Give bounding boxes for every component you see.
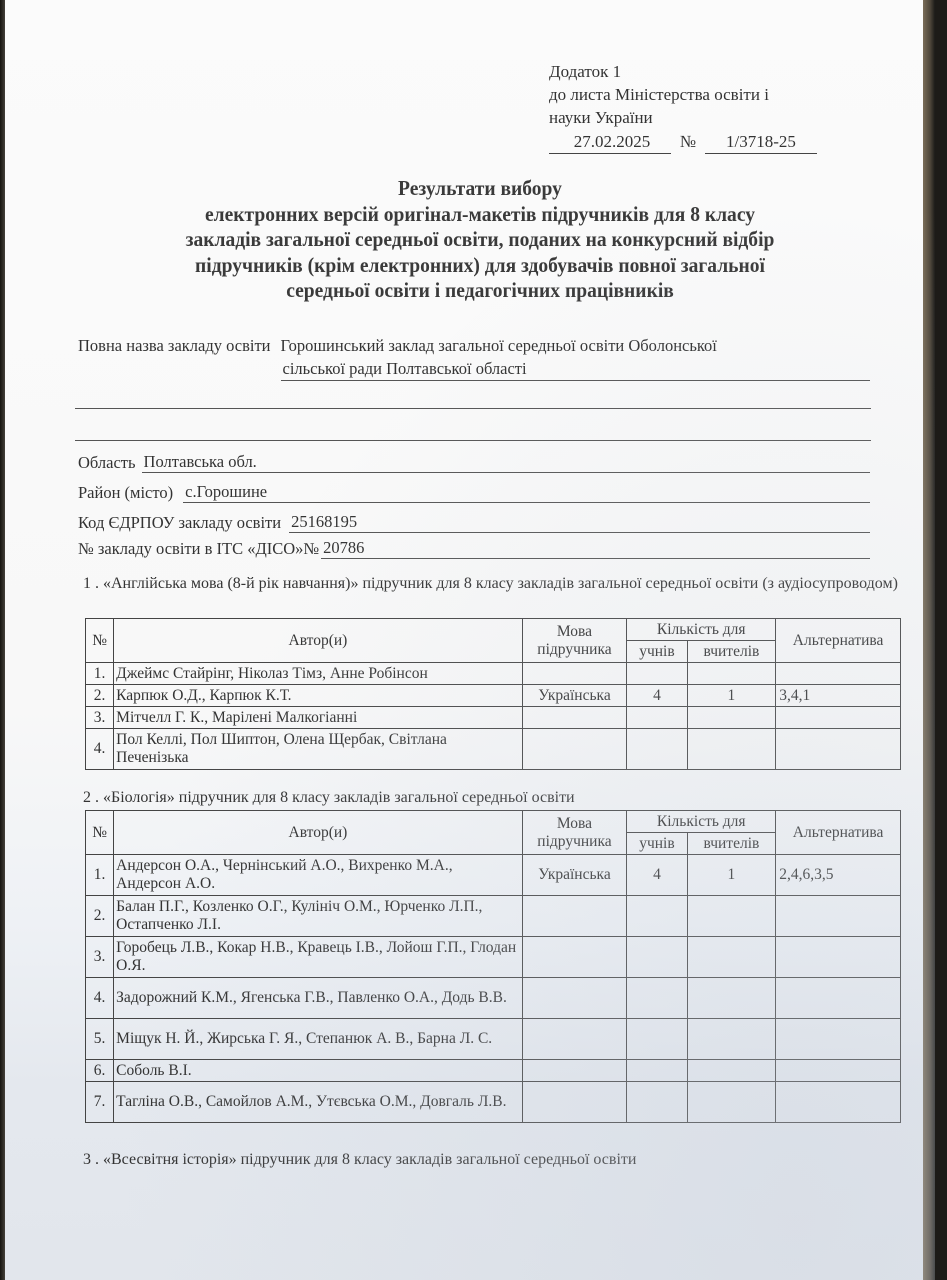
row-alternative (776, 896, 901, 937)
letter-date: 27.02.2025 (549, 130, 671, 154)
row-alternative (776, 1082, 901, 1123)
row-teachers-count: 1 (687, 685, 776, 707)
row-number: 3. (86, 937, 114, 978)
row-language (522, 1060, 627, 1082)
row-authors: Задорожний К.М., Ягенська Г.В., Павленко… (114, 978, 522, 1019)
section-2-table: № Автор(и) Мова підручника Кількість для… (85, 810, 901, 1123)
row-authors: Андерсон О.А., Чернінський А.О., Вихренк… (114, 855, 522, 896)
row-number: 1. (86, 855, 114, 896)
full-name-value-line-2: сільської ради Полтавської області (281, 358, 870, 381)
row-language (522, 937, 627, 978)
row-language: Українська (522, 685, 627, 707)
title-line-1: Результати вибору (94, 176, 866, 202)
field-edrpou: Код ЄДРПОУ закладу освіти 25168195 (78, 512, 870, 533)
row-alternative (776, 978, 901, 1019)
row-students-count (627, 663, 687, 685)
header-authors: Автор(и) (114, 811, 522, 855)
row-authors: Балан П.Г., Козленко О.Г., Кулініч О.М.,… (114, 896, 522, 937)
header-language: Мова підручника (522, 619, 627, 663)
row-number: 2. (86, 896, 114, 937)
row-students-count (627, 937, 687, 978)
row-teachers-count (687, 663, 776, 685)
row-language (522, 729, 627, 770)
field-full-name: Повна назва закладу освіти Горошинський … (78, 334, 870, 381)
row-students-count (627, 1060, 687, 1082)
section-1-table: № Автор(и) Мова підручника Кількість для… (85, 618, 901, 770)
section-1-rows: 1.Джеймс Стайрінг, Ніколаз Тімз, Анне Ро… (86, 663, 901, 770)
row-language (522, 707, 627, 729)
row-teachers-count: 1 (687, 855, 776, 896)
header-quantity-for: Кількість для (627, 811, 776, 833)
row-students-count: 4 (627, 855, 687, 896)
row-alternative (776, 663, 901, 685)
document-page: Додаток 1 до листа Міністерства освіти і… (5, 0, 935, 1280)
row-alternative (776, 1019, 901, 1060)
row-students-count (627, 1019, 687, 1060)
field-itc-number: № закладу освіти в ІТС «ДІСО»№ 20786 (78, 538, 870, 559)
district-label: Район (місто) (78, 483, 183, 503)
row-alternative (776, 729, 901, 770)
itc-label: № закладу освіти в ІТС «ДІСО»№ (78, 539, 321, 559)
edrpou-label: Код ЄДРПОУ закладу освіти (78, 513, 289, 533)
row-authors: Пол Келлі, Пол Шиптон, Олена Щербак, Сві… (114, 729, 522, 770)
annex-line-1: Додаток 1 (549, 60, 817, 83)
table-row: 2.Балан П.Г., Козленко О.Г., Кулініч О.М… (86, 896, 901, 937)
row-number: 4. (86, 978, 114, 1019)
itc-value: 20786 (321, 538, 870, 559)
row-alternative (776, 937, 901, 978)
row-alternative (776, 707, 901, 729)
row-language (522, 1019, 627, 1060)
row-number: 6. (86, 1060, 114, 1082)
blank-line-2 (75, 440, 871, 441)
letter-reference: 27.02.2025 № 1/3718-25 (549, 130, 817, 154)
row-teachers-count (687, 729, 776, 770)
row-teachers-count (687, 978, 776, 1019)
section-3-title: 3 . «Всесвітня історія» підручник для 8 … (83, 1150, 903, 1170)
row-number: 2. (86, 685, 114, 707)
row-language (522, 978, 627, 1019)
section-2-rows: 1.Андерсон О.А., Чернінський А.О., Вихре… (86, 855, 901, 1123)
row-authors: Горобець Л.В., Кокар Н.В., Кравець І.В.,… (114, 937, 522, 978)
full-name-label: Повна назва закладу освіти (78, 334, 281, 358)
field-region: Область Полтавська обл. (78, 452, 870, 473)
row-authors: Карпюк О.Д., Карпюк К.Т. (114, 685, 522, 707)
row-alternative: 3,4,1 (776, 685, 901, 707)
header-teachers: вчителів (687, 833, 776, 855)
section-1-title: 1 . «Англійська мова (8-й рік навчання)»… (83, 574, 903, 594)
row-number: 5. (86, 1019, 114, 1060)
row-alternative: 2,4,6,3,5 (776, 855, 901, 896)
table-row: 3.Мітчелл Г. К., Марілені Малкогіанні (86, 707, 901, 729)
header-quantity-for: Кількість для (627, 619, 776, 641)
row-authors: Джеймс Стайрінг, Ніколаз Тімз, Анне Робі… (114, 663, 522, 685)
row-authors: Мітчелл Г. К., Марілені Малкогіанні (114, 707, 522, 729)
header-students: учнів (627, 641, 687, 663)
table-row: 1.Джеймс Стайрінг, Ніколаз Тімз, Анне Ро… (86, 663, 901, 685)
table-row: 3.Горобець Л.В., Кокар Н.В., Кравець І.В… (86, 937, 901, 978)
header-num: № (86, 619, 114, 663)
number-sign: № (671, 130, 705, 154)
row-language (522, 663, 627, 685)
row-students-count (627, 978, 687, 1019)
row-number: 7. (86, 1082, 114, 1123)
table-row: 6.Соболь В.І. (86, 1060, 901, 1082)
row-students-count (627, 1082, 687, 1123)
title-line-2: електронних версій оригінал-макетів підр… (94, 202, 866, 228)
document-title: Результати вибору електронних версій ори… (94, 176, 866, 304)
header-authors: Автор(и) (114, 619, 522, 663)
row-teachers-count (687, 1060, 776, 1082)
row-students-count (627, 707, 687, 729)
annex-line-3: науки України (549, 106, 817, 129)
row-number: 1. (86, 663, 114, 685)
header-alternative: Альтернатива (776, 619, 901, 663)
header-num: № (86, 811, 114, 855)
row-language: Українська (522, 855, 627, 896)
edrpou-value: 25168195 (289, 512, 870, 533)
row-teachers-count (687, 1082, 776, 1123)
full-name-value-line-1: Горошинський заклад загальної середньої … (281, 334, 870, 358)
header-teachers: вчителів (687, 641, 776, 663)
table-row: 1.Андерсон О.А., Чернінський А.О., Вихре… (86, 855, 901, 896)
region-value: Полтавська обл. (142, 452, 870, 473)
blank-line-1 (75, 408, 871, 409)
row-number: 3. (86, 707, 114, 729)
field-district: Район (місто) с.Горошине (78, 482, 870, 503)
header-alternative: Альтернатива (776, 811, 901, 855)
row-teachers-count (687, 896, 776, 937)
row-students-count: 4 (627, 685, 687, 707)
title-line-5: середньої освіти і педагогічних працівни… (94, 278, 866, 304)
table-row: 5.Міщук Н. Й., Жирська Г. Я., Степанюк А… (86, 1019, 901, 1060)
region-label: Область (78, 453, 142, 473)
table-row: 2.Карпюк О.Д., Карпюк К.Т.Українська413,… (86, 685, 901, 707)
section-2-title: 2 . «Біологія» підручник для 8 класу зак… (83, 788, 903, 808)
table-row: 4.Задорожний К.М., Ягенська Г.В., Павлен… (86, 978, 901, 1019)
table-row: 7.Тагліна О.В., Самойлов А.М., Утєвська … (86, 1082, 901, 1123)
header-language: Мова підручника (522, 811, 627, 855)
row-alternative (776, 1060, 901, 1082)
table-row: 4.Пол Келлі, Пол Шиптон, Олена Щербак, С… (86, 729, 901, 770)
title-line-4: підручників (крім електронних) для здобу… (94, 253, 866, 279)
photo-edge-right (923, 0, 935, 1280)
row-language (522, 896, 627, 937)
title-line-3: закладів загальної середньої освіти, под… (94, 227, 866, 253)
row-authors: Соболь В.І. (114, 1060, 522, 1082)
header-students: учнів (627, 833, 687, 855)
row-number: 4. (86, 729, 114, 770)
row-authors: Міщук Н. Й., Жирська Г. Я., Степанюк А. … (114, 1019, 522, 1060)
row-language (522, 1082, 627, 1123)
letter-number: 1/3718-25 (705, 130, 817, 154)
row-teachers-count (687, 937, 776, 978)
annex-line-2: до листа Міністерства освіти і (549, 83, 817, 106)
district-value: с.Горошине (183, 482, 870, 503)
row-teachers-count (687, 1019, 776, 1060)
row-authors: Тагліна О.В., Самойлов А.М., Утєвська О.… (114, 1082, 522, 1123)
row-students-count (627, 729, 687, 770)
row-students-count (627, 896, 687, 937)
row-teachers-count (687, 707, 776, 729)
annex-header: Додаток 1 до листа Міністерства освіти і… (549, 60, 817, 154)
